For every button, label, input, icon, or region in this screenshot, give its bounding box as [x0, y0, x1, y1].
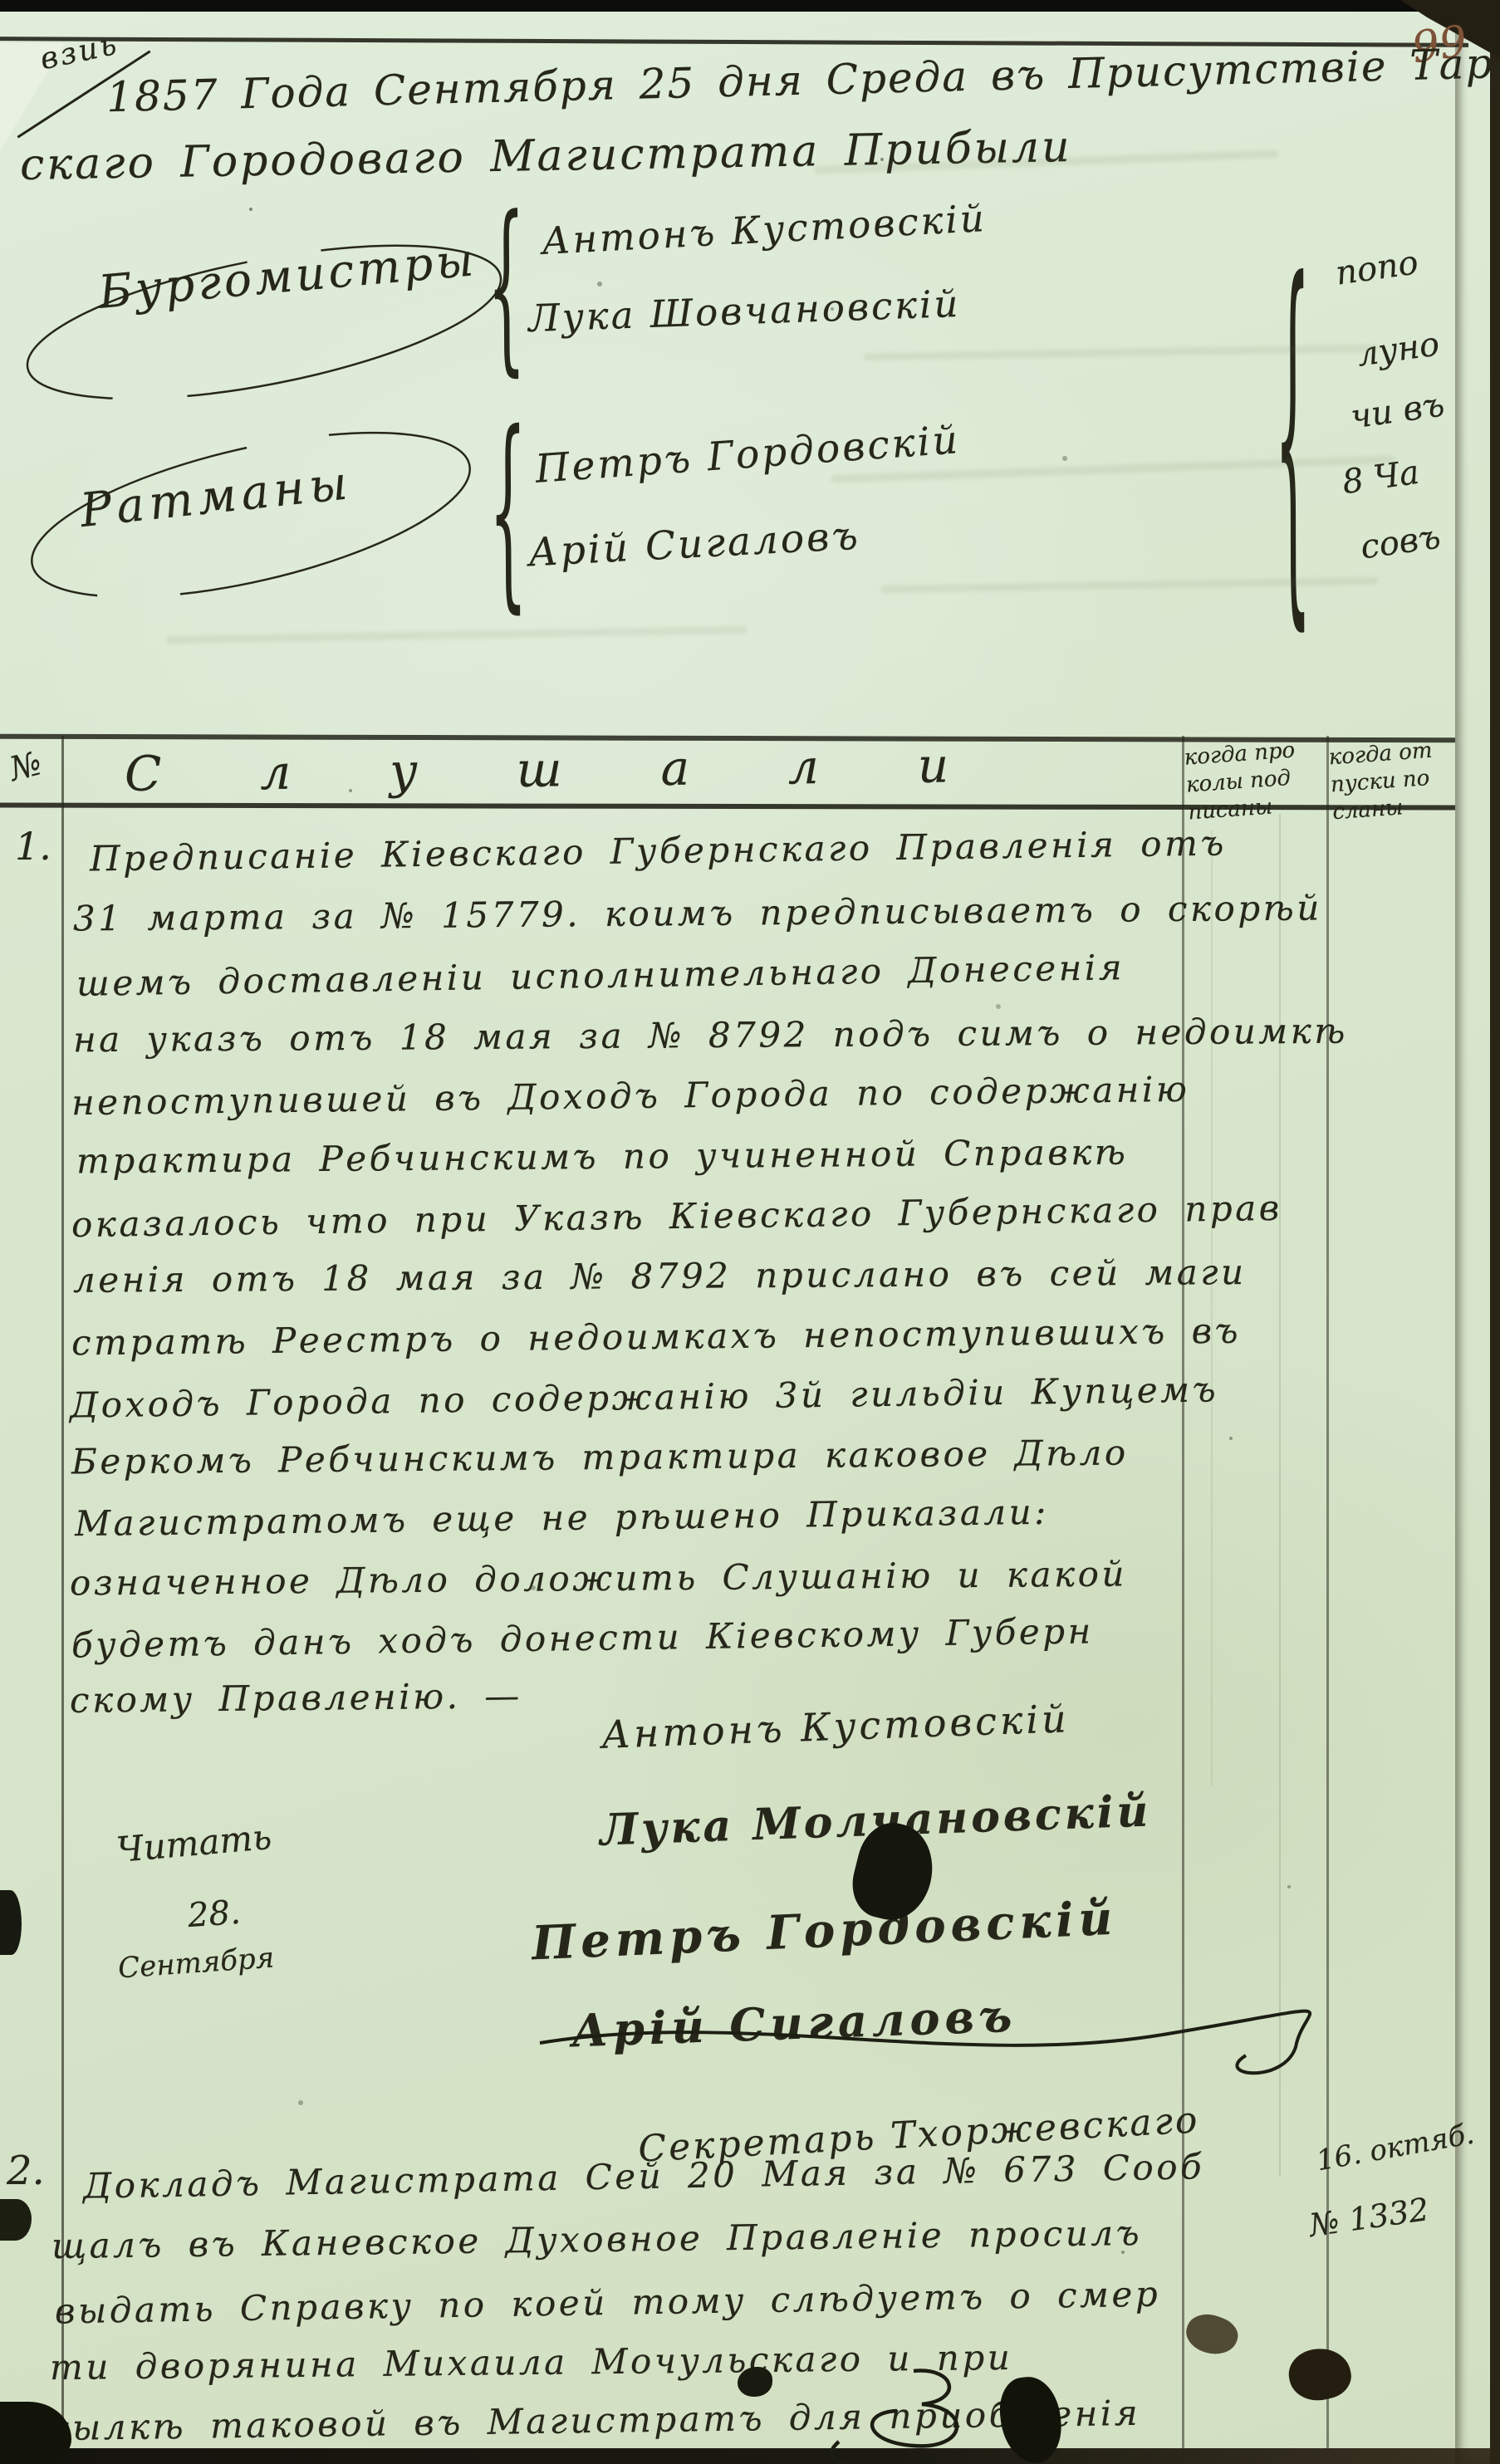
header-line-2: скаго Городоваго Магистрата Прибыли [20, 122, 1073, 190]
entry-text-line: шемъ доставленіи исполнительнаго Донесен… [76, 947, 1125, 1004]
entry-text-line: Беркомъ Ребчинскимъ трактира каковое Дѣл… [71, 1432, 1129, 1482]
entry-text-line: трактира Ребчинскимъ по учиненной Справк… [76, 1131, 1129, 1181]
entry-text-line: скому Правленію. — [70, 1675, 522, 1721]
paper-crease [1211, 830, 1213, 1786]
time-note-line: совъ [1358, 518, 1443, 567]
scan-top-edge [0, 0, 1500, 12]
ink-stain [0, 1890, 22, 1955]
ink-stain [1284, 2343, 1355, 2406]
signed-column-line [1182, 736, 1184, 2448]
entry-text-line: стратѣ Реестръ о недоимкахъ непоступивши… [71, 1310, 1241, 1364]
sent-column-line [1326, 736, 1329, 2448]
ink-stain [738, 2367, 772, 2397]
column-header-when-signed: когда про колы под писаны [1184, 737, 1300, 826]
signature-flourish [532, 1977, 1312, 2101]
ratmany-name-1: Петръ Гордовскій [534, 417, 962, 492]
margin-note-line: 16. октяб. [1314, 2118, 1477, 2178]
signature: Петръ Гордовскій [531, 1891, 1119, 1972]
number-column-line [61, 736, 64, 2448]
burgomistry-name-1: Антонъ Кустовскій [541, 196, 988, 263]
entry-text-line: Магистратомъ еще не рѣшено Приказали: [75, 1492, 1049, 1544]
entry-text-line: Предписаніе Кіевскаго Губернскаго Правле… [90, 822, 1227, 879]
margin-note-line: Читать [115, 1816, 273, 1870]
archival-manuscript-page: взиь 99 1857 Года Сентября 25 дня Среда … [0, 0, 1500, 2464]
entry-number: 2. [7, 2148, 45, 2194]
entry-text-line: щалъ въ Каневское Духовное Правленіе про… [51, 2212, 1143, 2266]
scan-bottom-edge [0, 2448, 1500, 2464]
entry-number: 1. [15, 824, 51, 869]
margin-note-line: 28. [186, 1893, 242, 1935]
bleedthrough-mark [166, 626, 748, 644]
time-note-brace: { [1274, 200, 1311, 665]
entry-text-line: выдать Справку по коей тому слѣдуетъ о с… [55, 2274, 1161, 2332]
margin-note-line: Сентября [117, 1941, 276, 1985]
entry-text-line: на указъ отъ 18 мая за № 8792 подъ симъ … [73, 1011, 1348, 1061]
ratmany-brace: { [488, 386, 527, 633]
entry-text-line: ленія отъ 18 мая за № 8792 прислано въ с… [73, 1252, 1247, 1301]
entry-text-line: Докладъ Магистрата Сей 20 Мая за № 673 С… [83, 2146, 1205, 2207]
ink-stain [0, 2199, 32, 2241]
entry-text-line: 31 марта за № 15779. коимъ предписываетъ… [73, 887, 1322, 938]
signature: Антонъ Кустовскій [600, 1696, 1070, 1757]
entry-text-line: непоступившей въ Доходъ Города по содерж… [71, 1069, 1190, 1123]
right-outer-sliver [1490, 0, 1500, 2464]
burgomistry-brace: { [487, 176, 526, 394]
time-note-line: попо [1333, 243, 1420, 292]
corner-annotation: взиь [37, 27, 122, 77]
column-header-number: № [6, 744, 46, 789]
paper-speckles [249, 208, 252, 211]
column-header-heard: Слушали [125, 736, 1048, 802]
burgomistry-name-2: Лука Шовчановскій [527, 282, 961, 340]
entry-text-line: будетъ данъ ходъ донести Кіевскому Губер… [71, 1610, 1094, 1665]
ink-stain [1181, 2308, 1243, 2361]
ratmany-name-2: Арій Сигаловъ [527, 513, 861, 576]
header-line-1: 1857 Года Сентября 25 дня Среда въ Прису… [106, 37, 1500, 121]
time-note-line: чи въ [1348, 385, 1447, 436]
entry-text-line: означенное Дѣло доложить Слушанію и како… [70, 1553, 1127, 1603]
entry-text-line: оказалось что при Указѣ Кіевскаго Губерн… [71, 1188, 1282, 1245]
column-header-when-sent: когда от пуски по сланы [1328, 737, 1437, 826]
entry-text-line: Доходъ Города по содержанію 3й гильдіи К… [70, 1369, 1219, 1425]
